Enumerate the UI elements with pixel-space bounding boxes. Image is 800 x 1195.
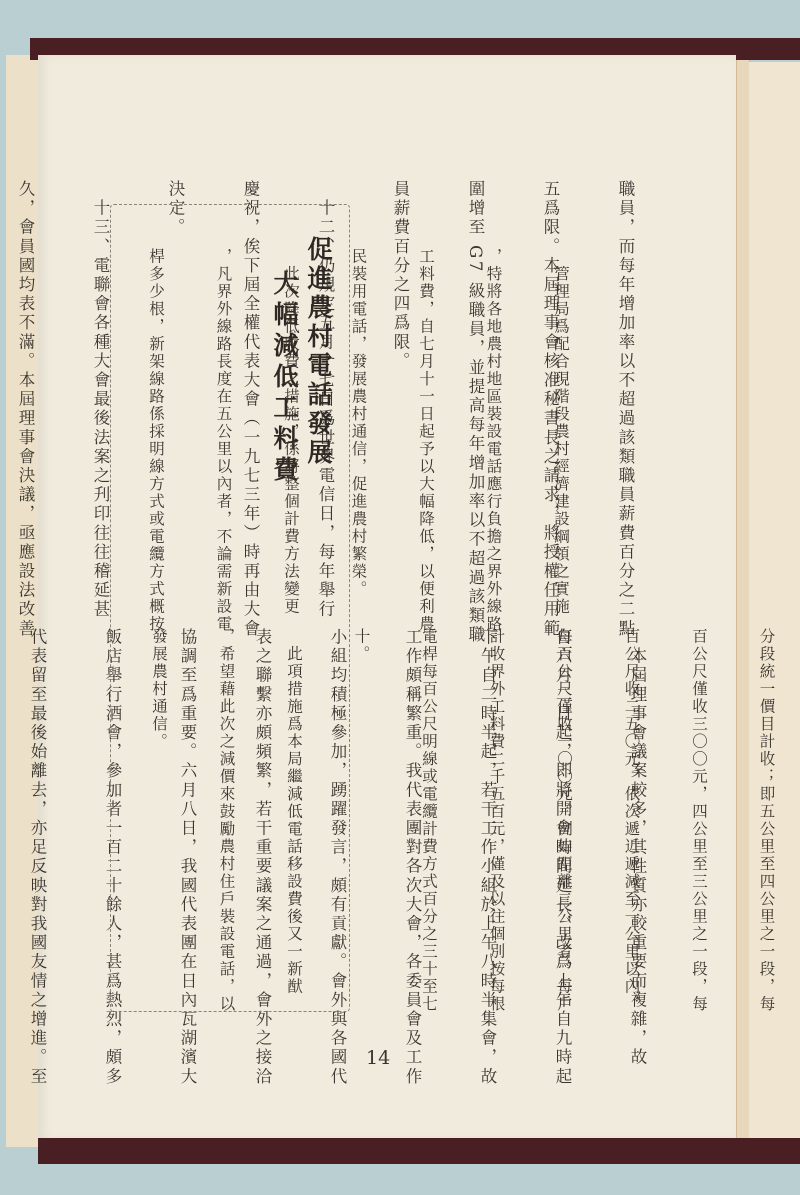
text-column: 桿多少根，新架線路係採明線方式或電纜方式概按 xyxy=(145,248,168,593)
book-cover-bottom xyxy=(38,1138,800,1164)
text-column: 代表留至最後始離去，亦足反映對我國友情之增進。至 xyxy=(25,628,50,1048)
text-column: ，凡界外線路長度在五公里以內者，不論需新設電 xyxy=(212,248,235,593)
text-column: 分段統一價目計收；即五公里至四公里之一段，每 xyxy=(755,628,778,988)
text-column: 久，會員國均表不滿。本屆理事會決議，亟應設法改善 xyxy=(13,180,38,600)
text-column: 百公尺收二五〇元，依次遞近遞減至一公里以內， xyxy=(620,628,643,988)
text-column: 工料費，自七月十一日起予以大幅降低，以便利農 xyxy=(415,248,438,593)
box-upper-text: 管理局爲配合現階段農村經濟建設綱領之實施 ，特將各地農村地區裝設電話應行負擔之界… xyxy=(122,248,617,593)
box-lower-text: 分段統一價目計收；即五公里至四公里之一段，每 百公尺僅收三〇〇元，四公里至三公里… xyxy=(125,628,800,988)
text-column: 此次降低收費之措施，係將整個計費方法變更 xyxy=(280,248,303,593)
page-number: 14 xyxy=(366,1047,390,1069)
text-column: 計收界外工料費二千五百元，僅及以往個別按每根 xyxy=(485,628,508,988)
text-column: 民裝用電話，發展農村通信，促進農村繁榮。 xyxy=(347,248,370,593)
text-column: ，希望藉此次之減價來鼓勵農村住戶裝設電話，以 xyxy=(215,628,238,988)
text-column: 此項措施爲本局繼減低電話移設費後又一新猷 xyxy=(283,628,306,988)
text-column: 十。 xyxy=(350,628,373,988)
text-column: 管理局爲配合現階段農村經濟建設綱領之實施 xyxy=(550,248,573,593)
text-column: 每百公尺僅收一〇〇元。例如距離二公里者，每戶 xyxy=(553,628,576,988)
text-column: ，特將各地農村地區裝設電話應行負擔之界外線路 xyxy=(482,248,505,593)
text-column: 發展農村通信。 xyxy=(148,628,171,988)
text-column: 電桿每百公尺明線或電纜計費方式百分之三十至七 xyxy=(418,628,441,988)
text-column: 百公尺僅收三〇〇元，四公里至三公里之一段，每 xyxy=(688,628,711,988)
